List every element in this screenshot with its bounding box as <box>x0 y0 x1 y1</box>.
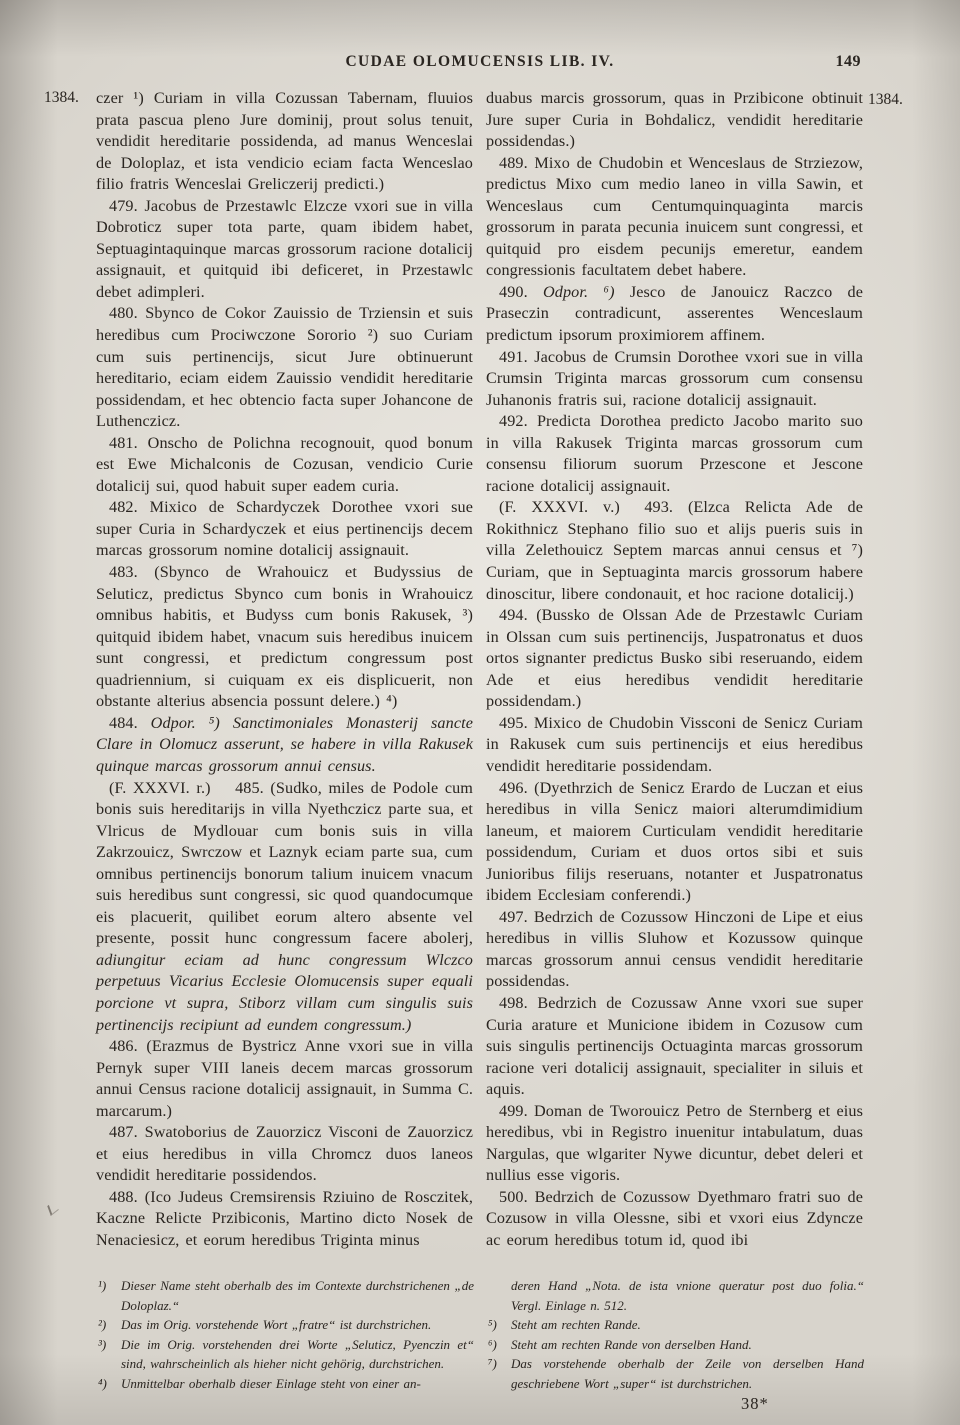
right-text-column: duabus marcis grossorum, quas in Przibic… <box>486 88 863 1252</box>
entry-paragraph: 494. (Bussko de Olssan Ade de Przestawlc… <box>486 605 863 713</box>
text-run: 486. (Erazmus de Bystricz Anne vxori sue… <box>96 1037 473 1120</box>
text-run: (F. XXXVI. v.) 493. (Elzca Relicta Ade d… <box>486 498 863 602</box>
entry-paragraph: czer ¹) Curiam in villa Cozussan Taberna… <box>96 88 473 196</box>
footnote-text: Dieser Name steht oberhalb des im Contex… <box>121 1278 474 1313</box>
footnote-text: deren Hand „Nota. de ista vnione queratu… <box>511 1278 864 1313</box>
left-text-column: czer ¹) Curiam in villa Cozussan Taberna… <box>96 88 473 1252</box>
entry-paragraph: 492. Predicta Dorothea predicto Jacobo m… <box>486 411 863 497</box>
entry-paragraph: 484. Odpor. ⁵) Sanctimoniales Monasterij… <box>96 713 473 778</box>
entry-paragraph: 486. (Erazmus de Bystricz Anne vxori sue… <box>96 1036 473 1122</box>
margin-year-right: 1384. <box>868 91 903 109</box>
footnote-marker: ³) <box>98 1335 106 1355</box>
footnote: ¹)Dieser Name steht oberhalb des im Cont… <box>96 1276 474 1315</box>
footnote: ⁶)Steht am rechten Rande von derselben H… <box>486 1335 864 1355</box>
footnote: ⁵)Steht am rechten Rande. <box>486 1315 864 1335</box>
entry-paragraph: (F. XXXVI. r.) 485. (Sudko, miles de Pod… <box>96 778 473 1037</box>
entry-paragraph: 489. Mixo de Chudobin et Wenceslaus de S… <box>486 153 863 282</box>
text-run: 481. Onscho de Polichna recognouit, quod… <box>96 434 473 495</box>
text-run: 484. <box>109 714 151 732</box>
entry-paragraph: 499. Doman de Tworouicz Petro de Sternbe… <box>486 1101 863 1187</box>
entry-paragraph: duabus marcis grossorum, quas in Przibic… <box>486 88 863 153</box>
text-run: 496. (Dyethrzich de Senicz Erardo de Luc… <box>486 779 863 905</box>
italic-text-run: Odpor. ⁵) Sanctimoniales Monasterij sanc… <box>96 714 473 775</box>
entry-paragraph: 500. Bedrzich de Cozussow Dyethmaro frat… <box>486 1187 863 1252</box>
text-run: czer ¹) Curiam in villa Cozussan Taberna… <box>96 89 473 193</box>
text-run: 483. (Sbynco de Wrahouicz et Budyssius d… <box>96 563 473 710</box>
text-run: 495. Mixico de Chudobin Vissconi de Seni… <box>486 714 863 775</box>
entry-paragraph: (F. XXXVI. v.) 493. (Elzca Relicta Ade d… <box>486 497 863 605</box>
footnote-continuation: deren Hand „Nota. de ista vnione queratu… <box>486 1276 864 1315</box>
signature-mark: 38* <box>741 1394 769 1414</box>
scanned-book-page: CUDAE OLOMUCENSIS LIB. IV. 149 1384. 138… <box>0 0 960 1425</box>
text-run: 480. Sbynco de Cokor Zauissio de Trziens… <box>96 304 473 430</box>
page-number: 149 <box>836 53 862 71</box>
footnote: ²)Das im Orig. vorstehende Wort „fratre“… <box>96 1315 474 1335</box>
text-run: 494. (Bussko de Olssan Ade de Przestawlc… <box>486 606 863 710</box>
footnote-marker: ⁶) <box>488 1335 497 1355</box>
footnote: ³)Die im Orig. vorstehenden drei Worte „… <box>96 1335 474 1374</box>
entry-paragraph: 483. (Sbynco de Wrahouicz et Budyssius d… <box>96 562 473 713</box>
footnote-marker: ¹) <box>98 1276 106 1296</box>
text-run: 492. Predicta Dorothea predicto Jacobo m… <box>486 412 863 495</box>
entry-paragraph: 490. Odpor. ⁶) Jesco de Janouicz Raczco … <box>486 282 863 347</box>
entry-paragraph: 479. Jacobus de Przestawlc Elzcze vxori … <box>96 196 473 304</box>
footnote-marker: ⁴) <box>98 1374 107 1394</box>
entry-paragraph: 498. Bedrzich de Cozussaw Anne vxori sue… <box>486 993 863 1101</box>
entry-paragraph: 497. Bedrzich de Cozussow Hinczoni de Li… <box>486 907 863 993</box>
footnote-text: Steht am rechten Rande von derselben Han… <box>511 1337 752 1352</box>
text-run: 500. Bedrzich de Cozussow Dyethmaro frat… <box>486 1188 863 1249</box>
text-run: 488. (Ico Judeus Cremsirensis Rziuino de… <box>96 1188 473 1249</box>
text-run: 489. Mixo de Chudobin et Wenceslaus de S… <box>486 154 863 280</box>
footnotes-left: ¹)Dieser Name steht oberhalb des im Cont… <box>96 1276 474 1394</box>
text-run: 487. Swatoborius de Zauorzicz Visconi de… <box>96 1123 473 1184</box>
text-run: 498. Bedrzich de Cozussaw Anne vxori sue… <box>486 994 863 1098</box>
running-header-title: CUDAE OLOMUCENSIS LIB. IV. <box>0 53 960 71</box>
footnote-marker: ⁷) <box>488 1354 497 1374</box>
footnote-text: Das vorstehende oberhalb der Zeile von d… <box>511 1356 864 1391</box>
footnote-text: Das im Orig. vorstehende Wort „fratre“ i… <box>121 1317 431 1332</box>
pen-mark <box>47 1200 58 1216</box>
text-run: 482. Mixico de Schardyczek Dorothee vxor… <box>96 498 473 559</box>
entry-paragraph: 491. Jacobus de Crumsin Dorothee vxori s… <box>486 347 863 412</box>
footnote-text: Die im Orig. vorstehenden drei Worte „Se… <box>121 1337 474 1372</box>
footnote: ⁷)Das vorstehende oberhalb der Zeile von… <box>486 1354 864 1393</box>
entry-paragraph: 480. Sbynco de Cokor Zauissio de Trziens… <box>96 303 473 432</box>
entry-paragraph: 496. (Dyethrzich de Senicz Erardo de Luc… <box>486 778 863 907</box>
text-run: duabus marcis grossorum, quas in Przibic… <box>486 89 863 150</box>
entry-paragraph: 482. Mixico de Schardyczek Dorothee vxor… <box>96 497 473 562</box>
entry-paragraph: 487. Swatoborius de Zauorzicz Visconi de… <box>96 1122 473 1187</box>
text-run: 499. Doman de Tworouicz Petro de Sternbe… <box>486 1102 863 1185</box>
text-run: (F. XXXVI. r.) 485. (Sudko, miles de Pod… <box>96 779 473 948</box>
footnote-text: Steht am rechten Rande. <box>511 1317 641 1332</box>
entry-paragraph: 481. Onscho de Polichna recognouit, quod… <box>96 433 473 498</box>
text-run: 479. Jacobus de Przestawlc Elzcze vxori … <box>96 197 473 301</box>
entry-paragraph: 495. Mixico de Chudobin Vissconi de Seni… <box>486 713 863 778</box>
text-run: 490. <box>499 283 543 301</box>
entry-paragraph: 488. (Ico Judeus Cremsirensis Rziuino de… <box>96 1187 473 1252</box>
italic-text-run: Odpor. ⁶) <box>543 283 630 301</box>
italic-text-run: adiungitur eciam ad hunc congressum Wlcz… <box>96 951 473 1034</box>
text-run: 497. Bedrzich de Cozussow Hinczoni de Li… <box>486 908 863 991</box>
footnote-marker: ²) <box>98 1315 106 1335</box>
footnote-marker: ⁵) <box>488 1315 497 1335</box>
footnote: ⁴)Unmittelbar oberhalb dieser Einlage st… <box>96 1374 474 1394</box>
footnote-text: Unmittelbar oberhalb dieser Einlage steh… <box>121 1376 421 1391</box>
text-run: 491. Jacobus de Crumsin Dorothee vxori s… <box>486 348 863 409</box>
footnotes-right: deren Hand „Nota. de ista vnione queratu… <box>486 1276 864 1394</box>
margin-year-left: 1384. <box>44 89 79 107</box>
